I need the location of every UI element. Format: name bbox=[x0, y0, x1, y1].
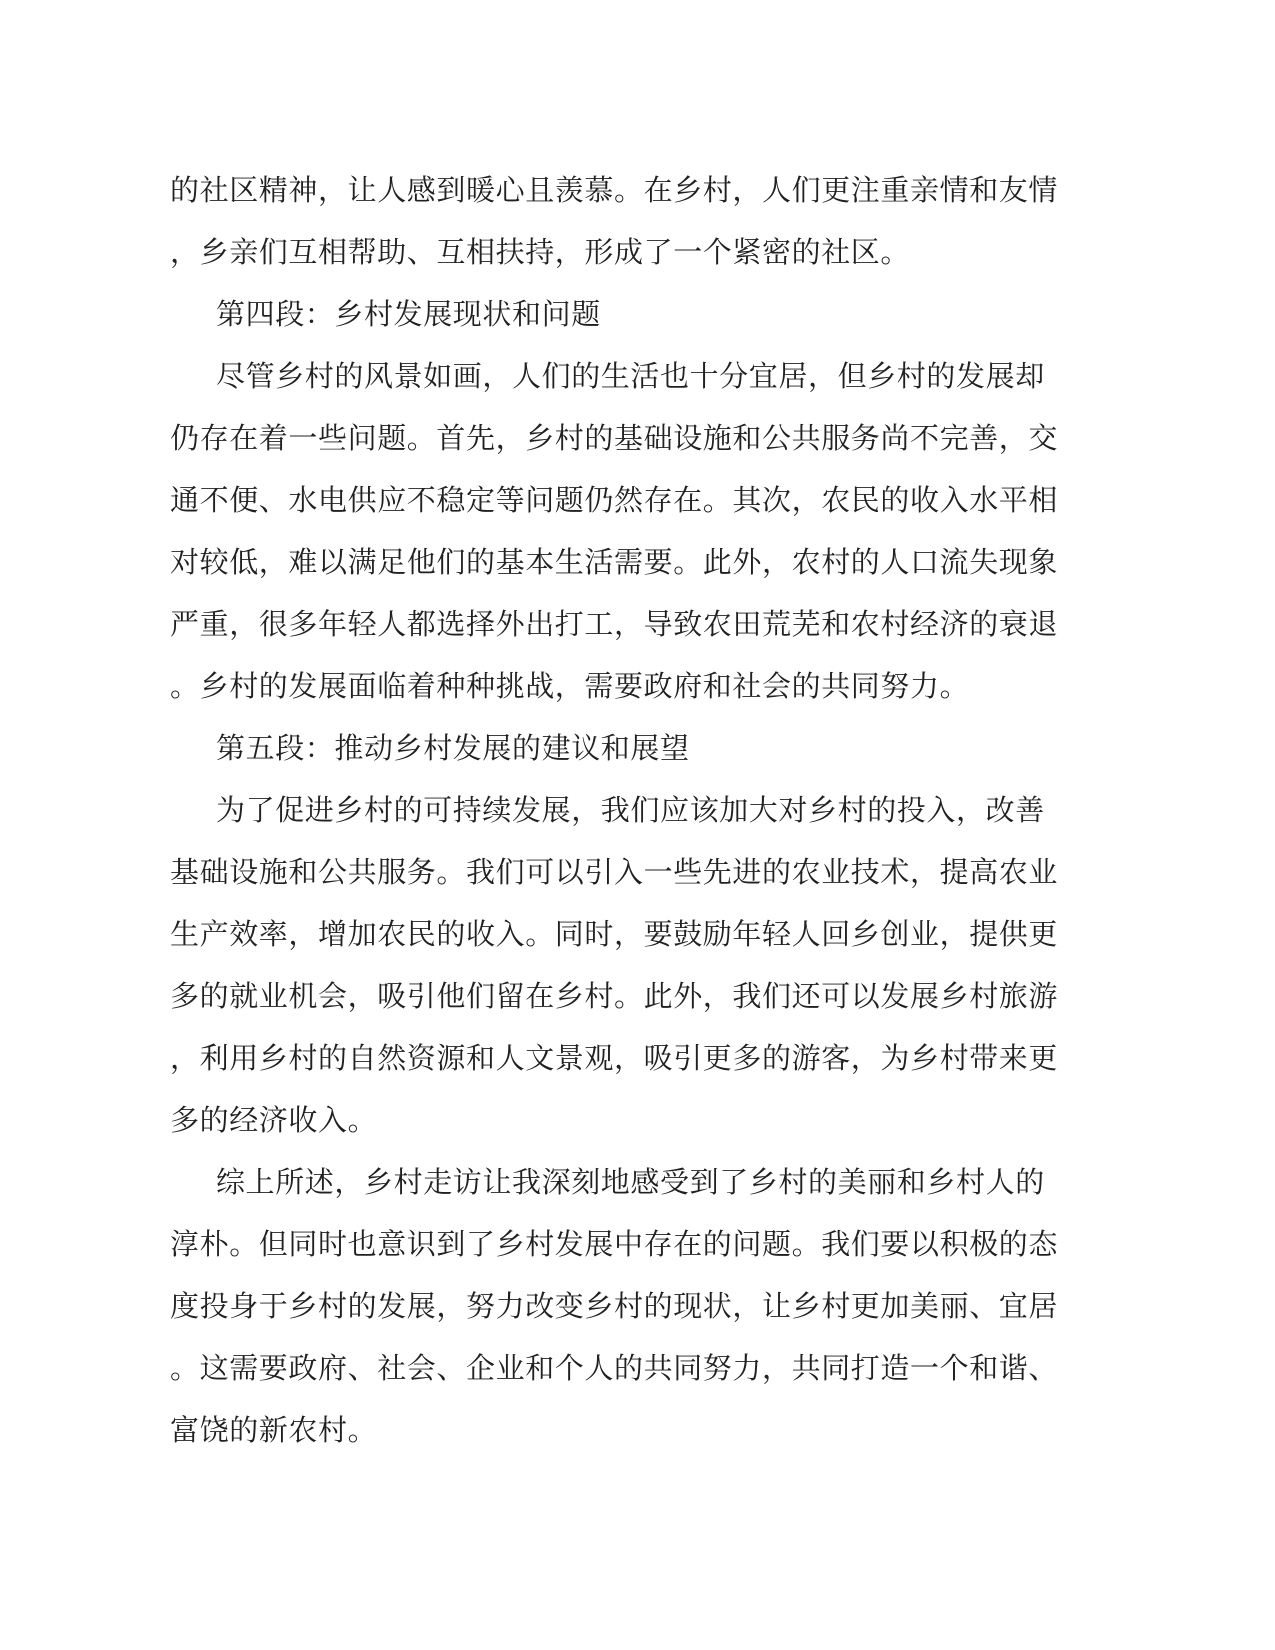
document-text-block: 的社区精神，让人感到暖心且羡慕。在乡村，人们更注重亲情和友情，乡亲们互相帮助、互… bbox=[170, 160, 1075, 1462]
body-text-line: 生产效率，增加农民的收入。同时，要鼓励年轻人回乡创业，提供更 bbox=[170, 904, 1075, 966]
body-text-line: 淳朴。但同时也意识到了乡村发展中存在的问题。我们要以积极的态 bbox=[170, 1214, 1075, 1276]
body-text-line: 通不便、水电供应不稳定等问题仍然存在。其次，农民的收入水平相 bbox=[170, 470, 1075, 532]
body-text-line: 尽管乡村的风景如画，人们的生活也十分宜居，但乡村的发展却 bbox=[170, 346, 1075, 408]
body-text-line: 对较低，难以满足他们的基本生活需要。此外，农村的人口流失现象 bbox=[170, 532, 1075, 594]
body-text-line: 综上所述，乡村走访让我深刻地感受到了乡村的美丽和乡村人的 bbox=[170, 1152, 1075, 1214]
body-text-line: ，乡亲们互相帮助、互相扶持，形成了一个紧密的社区。 bbox=[170, 222, 1075, 284]
body-text-line: ，利用乡村的自然资源和人文景观，吸引更多的游客，为乡村带来更 bbox=[170, 1028, 1075, 1090]
body-text-line: 基础设施和公共服务。我们可以引入一些先进的农业技术，提高农业 bbox=[170, 842, 1075, 904]
document-page: 的社区精神，让人感到暖心且羡慕。在乡村，人们更注重亲情和友情，乡亲们互相帮助、互… bbox=[0, 0, 1275, 1650]
body-text-line: 的社区精神，让人感到暖心且羡慕。在乡村，人们更注重亲情和友情 bbox=[170, 160, 1075, 222]
body-text-line: 多的就业机会，吸引他们留在乡村。此外，我们还可以发展乡村旅游 bbox=[170, 966, 1075, 1028]
body-text-line: 严重，很多年轻人都选择外出打工，导致农田荒芜和农村经济的衰退 bbox=[170, 594, 1075, 656]
body-text-line: 多的经济收入。 bbox=[170, 1090, 1075, 1152]
body-text-line: 度投身于乡村的发展，努力改变乡村的现状，让乡村更加美丽、宜居 bbox=[170, 1276, 1075, 1338]
body-text-line: 为了促进乡村的可持续发展，我们应该加大对乡村的投入，改善 bbox=[170, 780, 1075, 842]
body-text-line: 仍存在着一些问题。首先，乡村的基础设施和公共服务尚不完善，交 bbox=[170, 408, 1075, 470]
section-heading-line: 第五段：推动乡村发展的建议和展望 bbox=[170, 718, 1075, 780]
section-heading-line: 第四段：乡村发展现状和问题 bbox=[170, 284, 1075, 346]
body-text-line: 富饶的新农村。 bbox=[170, 1400, 1075, 1462]
body-text-line: 。乡村的发展面临着种种挑战，需要政府和社会的共同努力。 bbox=[170, 656, 1075, 718]
body-text-line: 。这需要政府、社会、企业和个人的共同努力，共同打造一个和谐、 bbox=[170, 1338, 1075, 1400]
